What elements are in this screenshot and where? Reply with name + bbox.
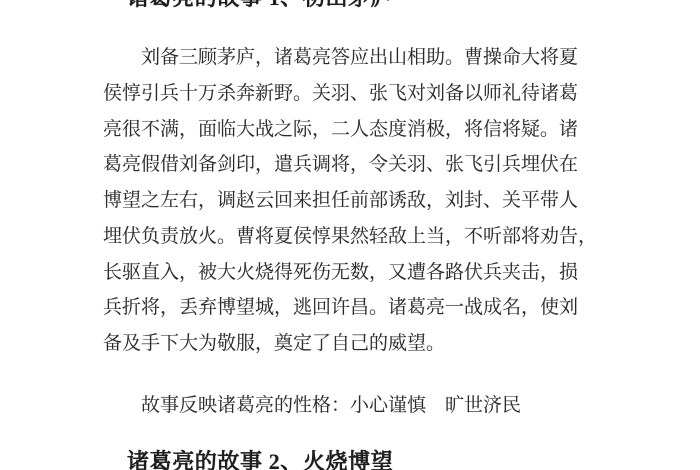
paragraph-line: 亮很不满，面临大战之际，二人态度消极，将信将疑。诸: [103, 112, 597, 148]
paragraph-line: 兵折将，丢弃博望城，逃回许昌。诸葛亮一战成名，使刘: [103, 290, 597, 326]
paragraph-line: 刘备三顾茅庐，诸葛亮答应出山相助。曹操命大将夏: [103, 40, 597, 76]
section-1-heading: 诸葛亮的故事 1、初出茅庐: [127, 0, 393, 10]
paragraph-line: 博望之左右，调赵云回来担任前部诱敌，刘封、关平带人: [103, 183, 597, 219]
section-2-heading: 诸葛亮的故事 2、火烧博望: [127, 449, 393, 470]
document-page: 诸葛亮的故事 1、初出茅庐 刘备三顾茅庐，诸葛亮答应出山相助。曹操命大将夏 侯惇…: [0, 0, 700, 470]
paragraph-line: 葛亮假借刘备剑印，遣兵调将，令关羽、张飞引兵埋伏在: [103, 147, 597, 183]
paragraph-line: 埋伏负责放火。曹将夏侯惇果然轻敌上当，不听部将劝告，: [103, 219, 597, 255]
story-1-paragraph: 刘备三顾茅庐，诸葛亮答应出山相助。曹操命大将夏 侯惇引兵十万杀奔新野。关羽、张飞…: [103, 40, 597, 362]
paragraph-line: 备及手下大为敬服，奠定了自己的威望。: [103, 326, 597, 362]
paragraph-line: 长驱直入，被大火烧得死伤无数，又遭各路伏兵夹击，损: [103, 255, 597, 291]
character-trait-line: 故事反映诸葛亮的性格：小心谨慎 旷世济民: [141, 388, 521, 424]
paragraph-line: 侯惇引兵十万杀奔新野。关羽、张飞对刘备以师礼待诸葛: [103, 76, 597, 112]
